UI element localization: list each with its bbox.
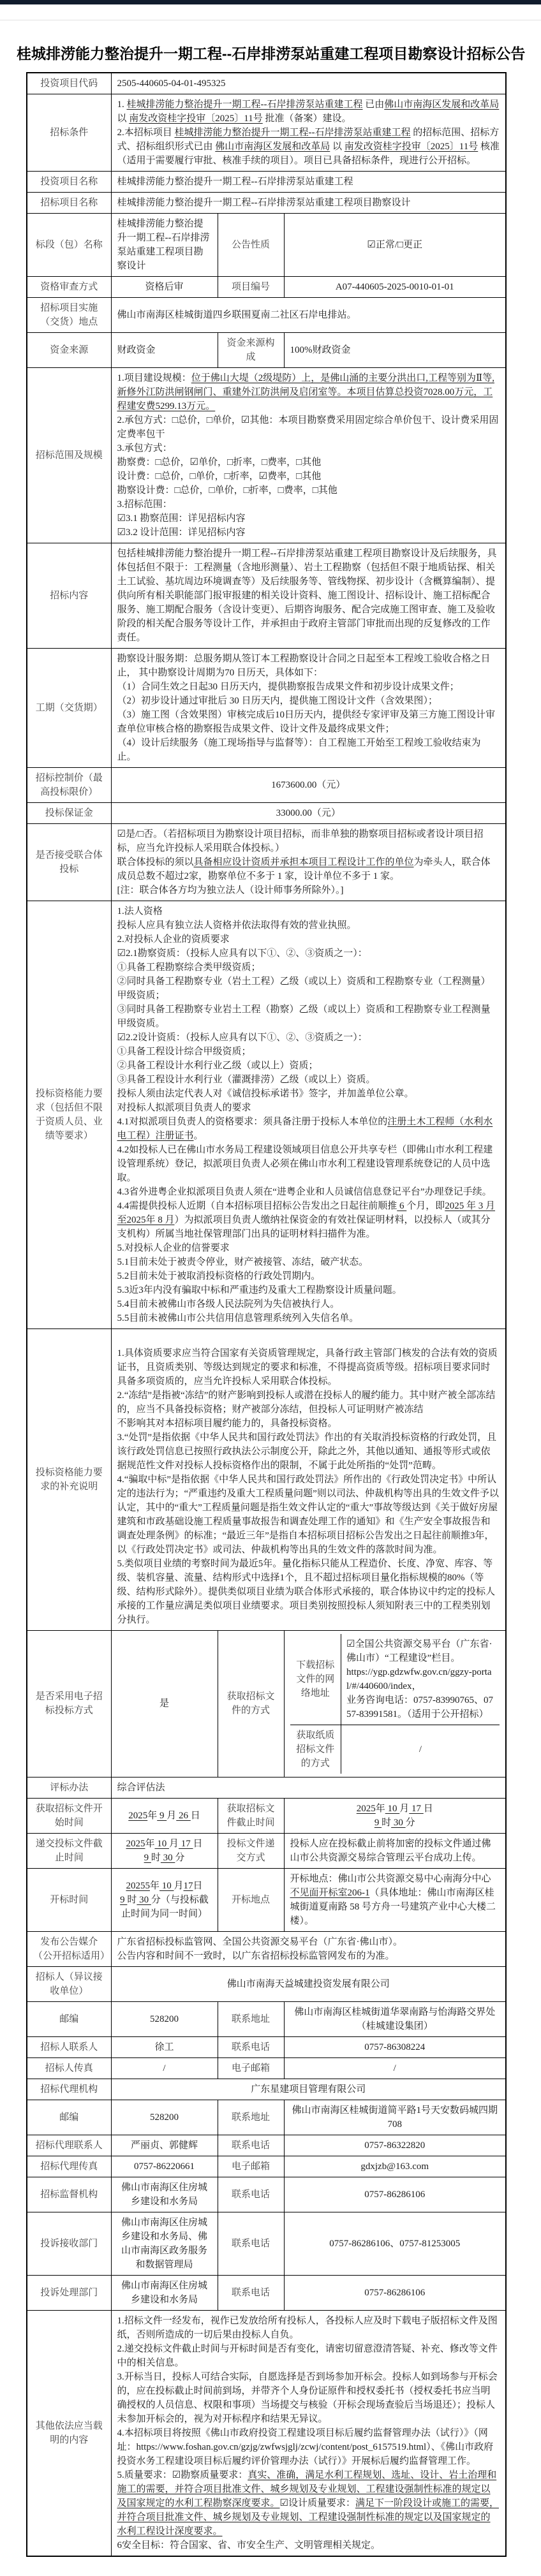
label-cell: 投标资格能力要求的补充说明 <box>27 1328 111 1630</box>
tenderer-address-label: 联系地址 <box>218 2001 284 2036</box>
label-cell: 投标资格能力要求（包括但不限于资质人员、业绩等要求） <box>27 901 111 1328</box>
label-cell: 投资项目名称 <box>27 171 111 192</box>
agency-postcode-value: 528200 <box>111 2100 218 2135</box>
row-bid-deposit: 投标保证金 33000.00（元） <box>27 802 506 823</box>
row-qualification-requirements: 投标资格能力要求（包括但不限于资质人员、业绩等要求） 1.法人资格投标人应具有独… <box>27 901 506 1328</box>
label-cell: 招标控制价（最高投标限价） <box>27 767 111 802</box>
page-header-divider <box>0 4 541 20</box>
row-tender-content: 招标内容 包括桂城排涝能力整治提升一期工程--石岸排涝泵站重建工程项目勘察设计及… <box>27 543 506 648</box>
get-documents-inner-table: 下载招标文件的网络地址 ☑全国公共资源交易平台（广东省·佛山市）“工程建设”栏目… <box>290 1634 500 1774</box>
agency-contact-value: 严丽贞、郭健辉 <box>111 2135 218 2156</box>
agency-phone-value: 0757-86322820 <box>284 2135 506 2156</box>
row-agency: 招标代理机构 广东星建项目管理有限公司 <box>27 2079 506 2100</box>
label-cell: 工期（交货期） <box>27 648 111 767</box>
row-other-contents: 其他依法应当载明的内容 1.招标文件一经发布，视作已发放给所有投标人，各投标人应… <box>27 2310 506 2556</box>
label-cell: 获取招标文件开始时间 <box>27 1798 111 1833</box>
opening-time: 20255年 10 月17日9 时 30 分（与投标截止时间为同一时间） <box>111 1868 218 1931</box>
value-cell: 33000.00（元） <box>111 802 506 823</box>
row-complaint-receiving: 投诉接收部门 佛山市南海区住房城乡建设和水务局、佛山市南海区政务服务和数据管理局… <box>27 2212 506 2275</box>
tenderer-postcode-value: 528200 <box>111 2001 218 2036</box>
label-cell: 招标内容 <box>27 543 111 648</box>
complaint-handling-value: 佛山市南海区住房城乡建设和水务局 <box>111 2275 218 2310</box>
label-cell: 招标人（异议接收单位） <box>27 1966 111 2001</box>
row-duration: 工期（交货期） 勘察设计服务期：总服务期从签订本工程勘察设计合同之日起至本工程竣… <box>27 648 506 767</box>
row-complaint-handling: 投诉处理部门 佛山市南海区住房城乡建设和水务局 联系电话 0757-862861… <box>27 2275 506 2310</box>
label-cell: 招标项目实施（交货）地点 <box>27 297 111 332</box>
qualification-mode-value: 资格后审 <box>111 276 218 297</box>
value-cell: 广东星建项目管理有限公司 <box>111 2079 506 2100</box>
submission-deadline: 2025年 10 月 17 日9 时 30 分 <box>111 1833 218 1868</box>
browser-top-bar <box>0 0 541 4</box>
label-cell: 资格审查方式 <box>27 276 111 297</box>
document-end-time: 2025年 10 月 17 日9 时 30 分 <box>284 1798 506 1833</box>
value-cell: 广东省招标投标监管网、全国公共资源交易平台（广东省·佛山市）。公告内容和时间不一… <box>111 1931 506 1966</box>
tenderer-address-value: 佛山市南海区桂城街道华翠南路与怡海路交界处（桂城建设集团） <box>284 2001 506 2036</box>
value-cell: 1.法人资格投标人应具有独立法人资格并依法取得有效的营业执照。2.对投标人企业的… <box>111 901 506 1328</box>
row-qualification-mode: 资格审查方式 资格后审 项目编号 A07-440605-2025-0010-01… <box>27 276 506 297</box>
label-cell: 开标时间 <box>27 1868 111 1931</box>
notice-nature-label: 公告性质 <box>218 213 284 276</box>
row-tenderer-fax: 招标人传真 / 电子邮箱 / <box>27 2057 506 2079</box>
agency-email-value: gdxjzb@163.com <box>284 2156 506 2177</box>
opening-place-value: 开标地点：佛山市公共资源交易中心南海分中心不见面开标室206-1（具体地址：佛山… <box>284 1868 506 1931</box>
tenderer-email-label: 电子邮箱 <box>218 2057 284 2079</box>
value-cell: 桂城排涝能力整治提升一期工程--石岸排涝泵站重建工程项目勘察设计 <box>111 192 506 213</box>
row-document-times: 获取招标文件开始时间 2025年 9 月 26 日 获取招标文件截止时间 202… <box>27 1798 506 1833</box>
row-tender-scope: 招标范围及规模 1.项目建设规模：位于佛山大堤（2级堤防）上，是佛山涌的主要分洪… <box>27 367 506 543</box>
page-title: 桂城排涝能力整治提升一期工程--石岸排涝泵站重建工程项目勘察设计招标公告 <box>17 45 526 63</box>
row-submission: 递交投标文件截止时间 2025年 10 月 17 日9 时 30 分 投标文件递… <box>27 1833 506 1868</box>
funding-composition-value: 100%财政资金 <box>284 332 506 367</box>
complaint-handling-phone-value: 0757-86286106 <box>284 2275 506 2310</box>
label-cell: 招标人联系人 <box>27 2036 111 2057</box>
agency-address-value: 佛山市南海区桂城街道简平路1号天安数码城四期708 <box>284 2100 506 2135</box>
tender-announcement-table: 投资项目代码 2505-440605-04-01-495325 招标条件 1. … <box>26 72 507 2557</box>
value-cell: 勘察设计服务期：总服务期从签订本工程勘察设计合同之日起至本工程竣工验收合格之日止… <box>111 648 506 767</box>
value-cell: 佛山市南海区桂城街道四乡联围夏南二社区石岸电排站。 <box>111 297 506 332</box>
label-cell: 邮编 <box>27 2001 111 2036</box>
submission-method-label: 投标文件递交方式 <box>218 1833 284 1868</box>
row-evaluation-method: 评标办法 综合评估法 <box>27 1777 506 1798</box>
label-cell: 是否采用电子招标投标方式 <box>27 1630 111 1777</box>
project-number-value: A07-440605-2025-0010-01-01 <box>284 276 506 297</box>
e-bidding-value: 是 <box>111 1630 218 1777</box>
paper-documents-row: 获取纸质招标文件的方式 / <box>290 1725 500 1774</box>
label-cell: 评标办法 <box>27 1777 111 1798</box>
row-agency-fax: 招标代理传真 0757-86220661 电子邮箱 gdxjzb@163.com <box>27 2156 506 2177</box>
row-delivery-location: 招标项目实施（交货）地点 佛山市南海区桂城街道四乡联围夏南二社区石岸电排站。 <box>27 297 506 332</box>
label-cell: 其他依法应当载明的内容 <box>27 2310 111 2556</box>
value-cell: 包括桂城排涝能力整治提升一期工程--石岸排涝泵站重建工程项目勘察设计及后续服务，… <box>111 543 506 648</box>
value-cell: 2505-440605-04-01-495325 <box>111 73 506 94</box>
value-cell: 佛山市南海天益城建投资发展有限公司 <box>111 1966 506 2001</box>
section-name-cell: 桂城排涝能力整治提升一期工程--石岸排涝泵站重建工程项目勘察设计 <box>111 213 218 276</box>
funding-source-value: 财政资金 <box>111 332 218 367</box>
row-bid-opening: 开标时间 20255年 10 月17日9 时 30 分（与投标截止时间为同一时间… <box>27 1868 506 1931</box>
opening-place-label: 开标地点 <box>218 1868 284 1931</box>
tenderer-phone-value: 0757-86308224 <box>284 2036 506 2057</box>
download-address-value: ☑全国公共资源交易平台（广东省·佛山市）“工程建设”栏目。https://ygp… <box>341 1634 500 1725</box>
agency-address-label: 联系地址 <box>218 2100 284 2135</box>
value-cell: 1.具体资质要求应当符合国家有关资质管理规定，具备行政主管部门核发的合法有效的资… <box>111 1328 506 1630</box>
paper-documents-value: / <box>341 1725 500 1774</box>
bottom-whitespace <box>0 2557 541 2576</box>
submission-method-value: 投标人应在投标截止前将加密的投标文件通过佛山市公共资源交易综合管理云平台成功上传… <box>284 1833 506 1868</box>
label-cell: 投诉接收部门 <box>27 2212 111 2275</box>
get-documents-detail: 下载招标文件的网络地址 ☑全国公共资源交易平台（广东省·佛山市）“工程建设”栏目… <box>284 1630 506 1777</box>
label-cell: 招标代理联系人 <box>27 2135 111 2156</box>
row-supervisor: 招标监督机构 佛山市南海区住房城乡建设和水务局 联系电话 0757-862861… <box>27 2177 506 2212</box>
row-project-code: 投资项目代码 2505-440605-04-01-495325 <box>27 73 506 94</box>
label-cell: 招标条件 <box>27 94 111 171</box>
agency-fax-value: 0757-86220661 <box>111 2156 218 2177</box>
supervisor-value: 佛山市南海区住房城乡建设和水务局 <box>111 2177 218 2212</box>
value-cell: 1673600.00（元） <box>111 767 506 802</box>
row-tenderer: 招标人（异议接收单位） 佛山市南海天益城建投资发展有限公司 <box>27 1966 506 2001</box>
row-tenderer-contact: 招标人联系人 徐工 联系电话 0757-86308224 <box>27 2036 506 2057</box>
label-cell: 招标代理传真 <box>27 2156 111 2177</box>
label-cell: 资金来源 <box>27 332 111 367</box>
row-price-ceiling: 招标控制价（最高投标限价） 1673600.00（元） <box>27 767 506 802</box>
label-cell: 招标人传真 <box>27 2057 111 2079</box>
label-cell: 递交投标文件截止时间 <box>27 1833 111 1868</box>
row-tender-project-name: 招标项目名称 桂城排涝能力整治提升一期工程--石岸排涝泵站重建工程项目勘察设计 <box>27 192 506 213</box>
value-cell: 综合评估法 <box>111 1777 506 1798</box>
project-number-label: 项目编号 <box>218 276 284 297</box>
label-cell: 投标保证金 <box>27 802 111 823</box>
tenderer-phone-label: 联系电话 <box>218 2036 284 2057</box>
document-start-time: 2025年 9 月 26 日 <box>111 1798 218 1833</box>
value-cell: ☑是/□否。（若招标项目为勘察设计项目招标，而非单独的勘察项目招标或者设计项目招… <box>111 823 506 901</box>
value-cell: 桂城排涝能力整治提升一期工程--石岸排涝泵站重建工程 <box>111 171 506 192</box>
label-cell: 招标代理机构 <box>27 2079 111 2100</box>
row-tenderer-postcode: 邮编 528200 联系地址 佛山市南海区桂城街道华翠南路与怡海路交界处（桂城建… <box>27 2001 506 2036</box>
label-cell: 投资项目代码 <box>27 73 111 94</box>
agency-email-label: 电子邮箱 <box>218 2156 284 2177</box>
row-bid-conditions: 招标条件 1. 桂城排涝能力整治提升一期工程--石岸排涝泵站重建工程 已由佛山市… <box>27 94 506 171</box>
get-documents-label: 获取招标文件的方式 <box>218 1630 284 1777</box>
download-address-row: 下载招标文件的网络地址 ☑全国公共资源交易平台（广东省·佛山市）“工程建设”栏目… <box>290 1634 500 1725</box>
label-cell: 邮编 <box>27 2100 111 2135</box>
label-cell: 标段（包）名称 <box>27 213 111 276</box>
complaint-handling-phone-label: 联系电话 <box>218 2275 284 2310</box>
tenderer-email-value: / <box>284 2057 506 2079</box>
tenderer-fax-value: / <box>111 2057 218 2079</box>
value-cell: 1.项目建设规模：位于佛山大堤（2级堤防）上，是佛山涌的主要分洪出口,工程等别为… <box>111 367 506 543</box>
tenderer-contact-value: 徐工 <box>111 2036 218 2057</box>
label-cell: 招标项目名称 <box>27 192 111 213</box>
complaint-receiving-phone-value: 0757-86286106、0757-81253005 <box>284 2212 506 2275</box>
row-funding-source: 资金来源 财政资金 资金来源构成 100%财政资金 <box>27 332 506 367</box>
row-section-name: 标段（包）名称 桂城排涝能力整治提升一期工程--石岸排涝泵站重建工程项目勘察设计… <box>27 213 506 276</box>
label-cell: 投诉处理部门 <box>27 2275 111 2310</box>
row-agency-postcode: 邮编 528200 联系地址 佛山市南海区桂城街道简平路1号天安数码城四期708 <box>27 2100 506 2135</box>
download-address-label: 下载招标文件的网络地址 <box>290 1634 341 1725</box>
label-cell: 是否接受联合体投标 <box>27 823 111 901</box>
agency-phone-label: 联系电话 <box>218 2135 284 2156</box>
row-agency-contact: 招标代理联系人 严丽贞、郭健辉 联系电话 0757-86322820 <box>27 2135 506 2156</box>
paper-documents-label: 获取纸质招标文件的方式 <box>290 1725 341 1774</box>
notice-nature-value: ☑正常/□更正 <box>284 213 506 276</box>
supervisor-phone-label: 联系电话 <box>218 2177 284 2212</box>
label-cell: 招标监督机构 <box>27 2177 111 2212</box>
row-qualification-supplement: 投标资格能力要求的补充说明 1.具体资质要求应当符合国家有关资质管理规定，具备行… <box>27 1328 506 1630</box>
funding-composition-label: 资金来源构成 <box>218 332 284 367</box>
document-end-label: 获取招标文件截止时间 <box>218 1798 284 1833</box>
complaint-receiving-phone-label: 联系电话 <box>218 2212 284 2275</box>
label-cell: 发布公告媒介（公开招标适用） <box>27 1931 111 1966</box>
complaint-receiving-value: 佛山市南海区住房城乡建设和水务局、佛山市南海区政务服务和数据管理局 <box>111 2212 218 2275</box>
row-announcement-media: 发布公告媒介（公开招标适用） 广东省招标投标监管网、全国公共资源交易平台（广东省… <box>27 1931 506 1966</box>
row-e-bidding: 是否采用电子招标投标方式 是 获取招标文件的方式 下载招标文件的网络地址 ☑全国… <box>27 1630 506 1777</box>
value-cell: 1. 桂城排涝能力整治提升一期工程--石岸排涝泵站重建工程 已由佛山市南海区发展… <box>111 94 506 171</box>
supervisor-phone-value: 0757-86286106 <box>284 2177 506 2212</box>
row-consortium: 是否接受联合体投标 ☑是/□否。（若招标项目为勘察设计项目招标，而非单独的勘察项… <box>27 823 506 901</box>
row-investment-project-name: 投资项目名称 桂城排涝能力整治提升一期工程--石岸排涝泵站重建工程 <box>27 171 506 192</box>
value-cell: 1.招标文件一经发布，视作已发放给所有投标人，各投标人应及时下载电子版招标文件及… <box>111 2310 506 2556</box>
label-cell: 招标范围及规模 <box>27 367 111 543</box>
